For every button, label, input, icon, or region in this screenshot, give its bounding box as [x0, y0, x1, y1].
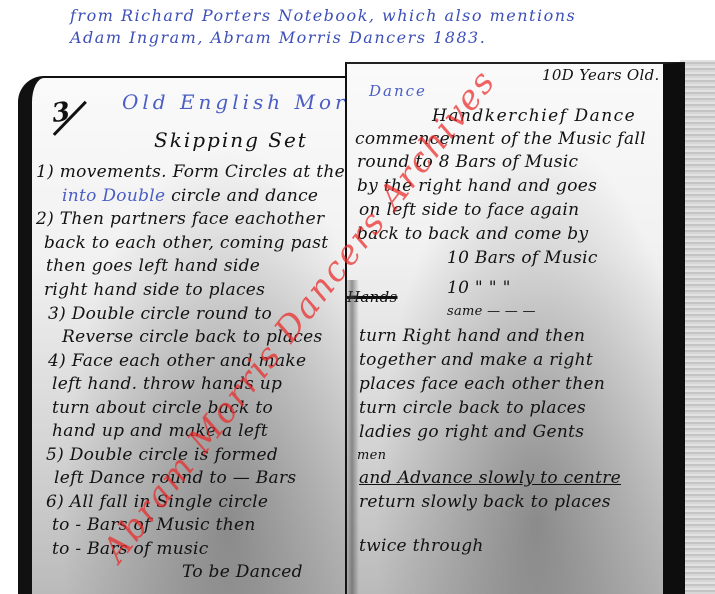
handwritten-line: 10 Bars of Music: [447, 248, 598, 268]
handwritten-line: ladies go right and Gents: [359, 422, 584, 442]
scan-background-texture: [680, 60, 715, 594]
handwritten-line: to - Bars of Music then: [52, 515, 256, 535]
handwritten-line: and Advance slowly to centre: [359, 468, 621, 488]
handwritten-line: 4) Face each other and make: [48, 351, 306, 371]
handwritten-line: return slowly back to places: [359, 492, 611, 512]
handwritten-line: To be Danced: [182, 562, 303, 582]
handwritten-line: together and make a right: [359, 350, 593, 370]
handwritten-line: turn about circle back to: [52, 398, 273, 418]
handwritten-line: twice through: [359, 536, 484, 556]
section-heading: Handkerchief Dance: [432, 106, 636, 126]
handwritten-line: hand up and make a left: [52, 421, 268, 441]
handwritten-line: left hand. throw hands up: [52, 374, 282, 394]
handwritten-line: then goes left hand side: [46, 256, 260, 276]
handwritten-line: by the right hand and goes: [357, 176, 597, 196]
handwritten-line: to - Bars of music: [52, 539, 209, 559]
handwritten-line: turn Right hand and then: [359, 326, 585, 346]
handwritten-line: same — — —: [447, 304, 536, 319]
handwritten-line: 10 " " ": [447, 278, 511, 298]
archive-annotation-line-1: from Richard Porters Notebook, which als…: [70, 6, 576, 25]
handwritten-line: 1) movements. Form Circles at the: [36, 162, 345, 182]
handwritten-line: into Double circle and dance: [62, 186, 318, 206]
handwritten-line: 5) Double circle is formed: [46, 445, 278, 465]
handwritten-line: Reverse circle back to places: [62, 327, 323, 347]
handwritten-line: commencement of the Music fall: [355, 129, 646, 149]
dance-title: Old English Morris: [122, 90, 359, 114]
notebook-right-page: Dance 10D Years Old. Handkerchief Dance …: [345, 62, 685, 594]
handwritten-line: places face each other then: [359, 374, 605, 394]
handwritten-line: right hand side to places: [44, 280, 265, 300]
handwritten-line: men: [357, 448, 386, 463]
handwritten-line: left Dance round to — Bars: [54, 468, 296, 488]
archive-annotation-line-2: Adam Ingram, Abram Morris Dancers 1883.: [70, 28, 486, 47]
dance-title-continued: Dance: [369, 82, 427, 100]
handwritten-line: on left side to face again: [359, 200, 579, 220]
handwritten-line: back to each other, coming past: [44, 233, 328, 253]
handwritten-line: 6) All fall in Single circle: [46, 492, 268, 512]
handwritten-line: turn circle back to places: [359, 398, 586, 418]
dance-subtitle: Skipping Set: [154, 128, 308, 152]
age-note: 10D Years Old.: [542, 66, 660, 84]
handwritten-line: back to back and come by: [357, 224, 588, 244]
handwritten-line: 3) Double circle round to: [48, 304, 272, 324]
handwritten-line: round to 8 Bars of Music: [357, 152, 578, 172]
page-number-mark: 3: [50, 97, 72, 129]
handwritten-line: 2) Then partners face eachother: [36, 209, 324, 229]
page-fold-shadow: [345, 280, 359, 594]
notebook-left-page: 3 Old English Morris Skipping Set 1) mov…: [18, 76, 359, 594]
